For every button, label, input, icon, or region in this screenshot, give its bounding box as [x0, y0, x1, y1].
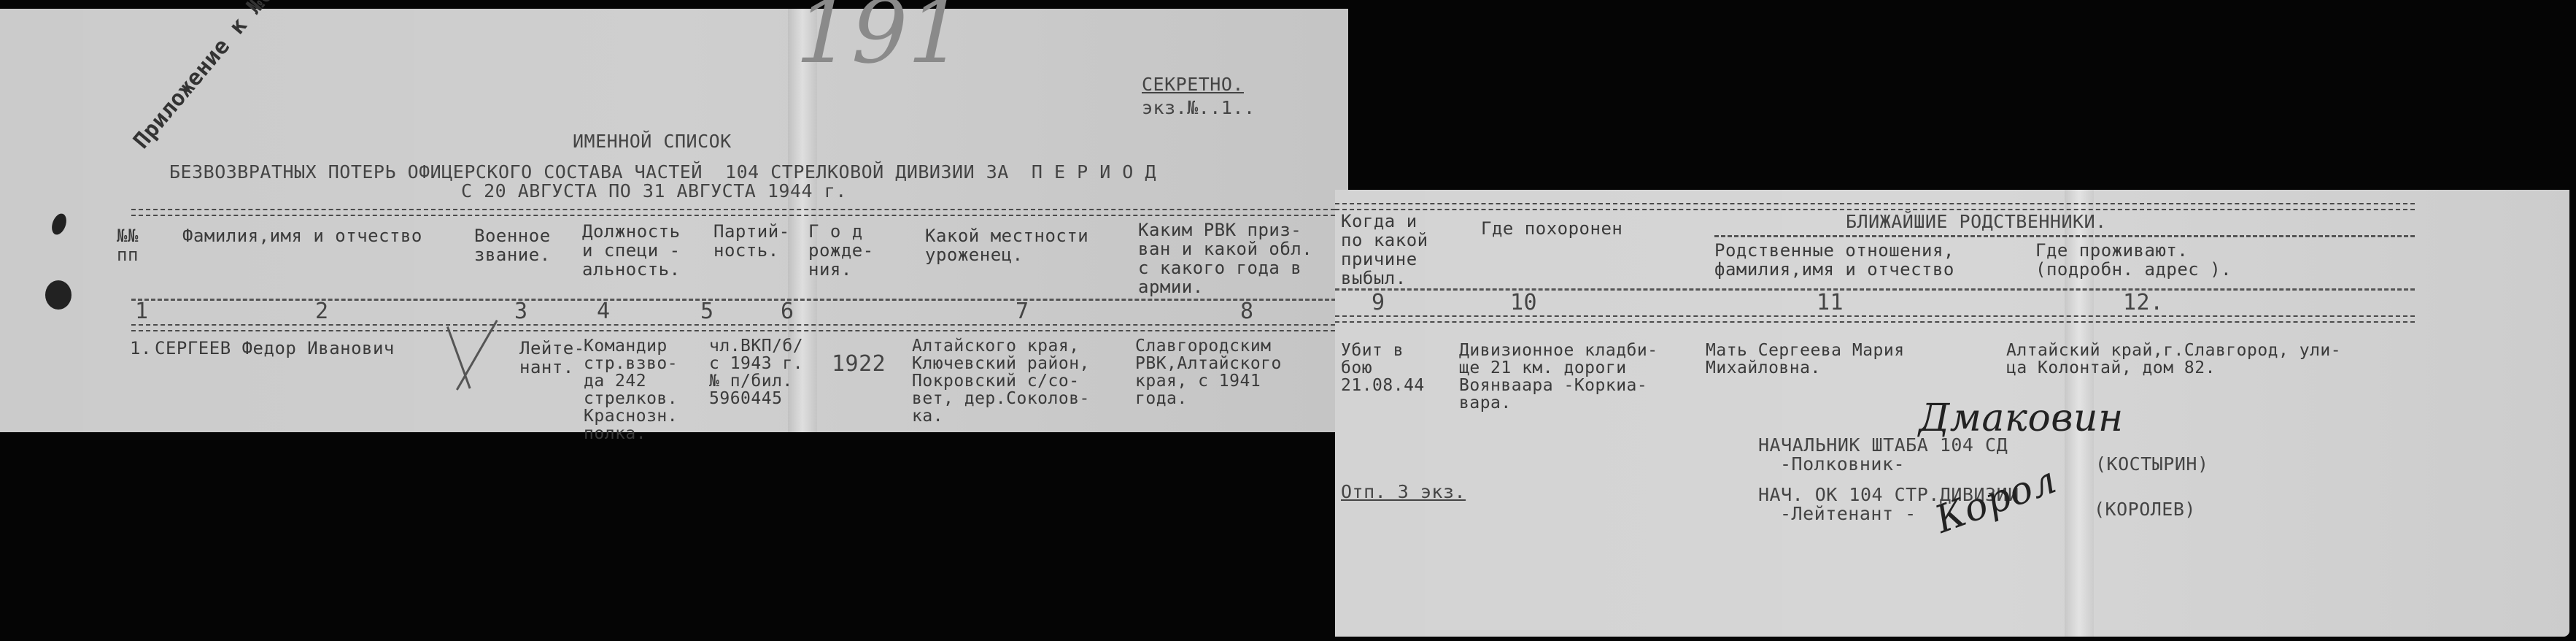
- col-number: 7: [1016, 302, 1029, 321]
- signatory-2-rank: -Лейтенант -: [1780, 504, 1916, 523]
- col-number: 4: [597, 302, 611, 321]
- rule: [131, 324, 1342, 331]
- cell-when-why: Убит в бою 21.08.44: [1341, 342, 1425, 394]
- handwritten-number: 191: [793, 23, 965, 42]
- signatory-1-rank: -Полковник-: [1780, 454, 1905, 474]
- row-number: 1.: [130, 339, 152, 358]
- cell-name: СЕРГЕЕВ Федор Иванович: [155, 339, 395, 358]
- document-sheet-right: Когда и по какой причине выбыл. Где похо…: [1335, 190, 2569, 637]
- cell-draft: Славгородским РВК,Алтайского края, с 194…: [1135, 337, 1282, 407]
- rule: [1714, 235, 2415, 237]
- col-header-11: Родственные отношения, фамилия,имя и отч…: [1714, 241, 1954, 279]
- col-header-7: Какой местности уроженец.: [925, 226, 1088, 264]
- col-number: 9: [1372, 293, 1385, 312]
- cell-buried: Дивизионное кладби- ще 21 км. дороги Воя…: [1459, 342, 1658, 412]
- col-header-8: Каким РВК приз- ван и какой обл. с каког…: [1138, 220, 1312, 296]
- classification-label: СЕКРЕТНО.: [1142, 74, 1244, 94]
- col-number: 10: [1510, 293, 1537, 312]
- rule: [1335, 203, 2415, 210]
- cell-birthplace: Алтайского края, Ключевский район, Покро…: [912, 337, 1090, 425]
- col-header-10: Где похоронен: [1481, 219, 1622, 238]
- registration-stamp: Приложение к №033505: [131, 0, 320, 152]
- rule: [1335, 315, 2415, 323]
- document-period: С 20 АВГУСТА ПО 31 АВГУСТА 1944 г.: [461, 181, 847, 201]
- punch-hole: [49, 212, 69, 237]
- col-number: 8: [1240, 302, 1254, 321]
- check-mark: [446, 326, 471, 389]
- cell-address: Алтайский край,г.Славгород, ули- ца Коло…: [2006, 342, 2341, 377]
- signatory-2-name: (КОРОЛЕВ): [2094, 499, 2196, 519]
- col-header-4: Должность и специ - альность.: [582, 222, 681, 279]
- col-header-6: Г о д рожде- ния.: [808, 222, 874, 279]
- group-header-relatives: БЛИЖАЙШИЕ РОДСТВЕННИКИ.: [1846, 212, 2107, 231]
- col-header-12: Где проживают. (подробн. адрес ).: [2035, 241, 2232, 279]
- col-number: 12.: [2123, 293, 2164, 312]
- col-header-9: Когда и по какой причине выбыл.: [1341, 212, 1428, 288]
- col-header-2: Фамилия,имя и отчество: [182, 226, 422, 245]
- cell-party: чл.ВКП/б/ с 1943 г. № п/бил. 5960445: [709, 337, 803, 407]
- rule: [131, 299, 1342, 301]
- col-header-5: Партий- ность.: [713, 222, 790, 260]
- col-number: 5: [700, 302, 714, 321]
- signatory-1-name: (КОСТЫРИН): [2095, 454, 2209, 474]
- copy-number: экз.№..1..: [1142, 98, 1256, 118]
- punch-hole: [45, 280, 71, 310]
- document-title: ИМЕННОЙ СПИСОК: [573, 131, 732, 151]
- document-subtitle: БЕЗВОЗВРАТНЫХ ПОТЕРЬ ОФИЦЕРСКОГО СОСТАВА…: [169, 162, 1156, 182]
- cell-relative: Мать Сергеева Мария Михайловна.: [1706, 342, 1905, 377]
- col-header-3: Военное звание.: [474, 226, 551, 264]
- cell-rank: Лейте- нант.: [519, 339, 585, 377]
- rule: [1335, 288, 2415, 291]
- col-number: 3: [514, 302, 528, 321]
- rule: [131, 209, 1342, 216]
- cell-position: Командир стр.взво- да 242 стрелков. Крас…: [584, 337, 678, 442]
- col-header-1: №№ пп: [117, 226, 139, 264]
- col-number: 2: [315, 302, 329, 321]
- cell-birth-year: 1922: [832, 355, 886, 374]
- signature-1: Дмаковин: [1919, 409, 2124, 428]
- col-number: 1: [135, 302, 149, 321]
- col-number: 6: [781, 302, 794, 321]
- document-sheet-left: Приложение к №033505 191 СЕКРЕТНО. экз.№…: [0, 9, 1348, 432]
- signature-2: Корол: [1934, 469, 2058, 530]
- col-number: 11: [1817, 293, 1844, 312]
- copies-note: Отп. 3 экз.: [1341, 482, 1466, 502]
